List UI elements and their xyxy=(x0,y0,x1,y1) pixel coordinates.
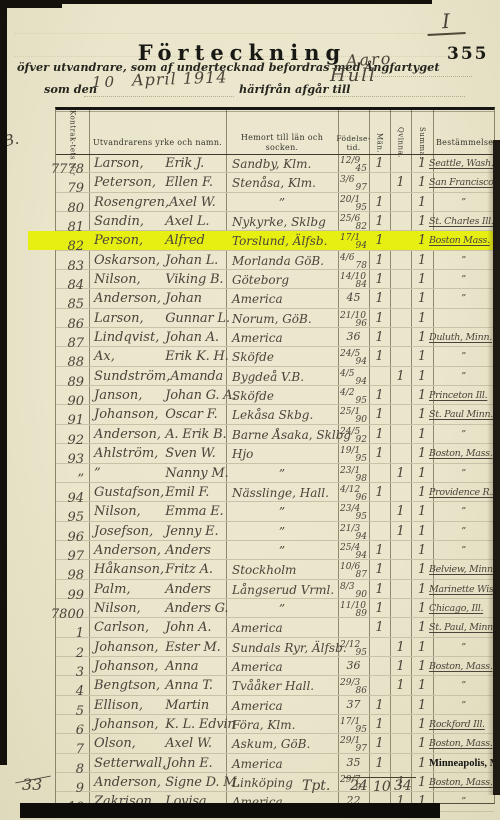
cell-sum: 1 xyxy=(411,502,433,522)
cell-men: 1 xyxy=(369,580,390,600)
cell-sum: 1 xyxy=(411,270,433,290)
cell-home-parish: Norum, GöB. xyxy=(226,309,338,329)
cell-name: Setterwall,John E. xyxy=(89,754,226,774)
cell-birth-date: 4/295 xyxy=(338,386,369,406)
cell-contract-number: 6 xyxy=(56,715,89,735)
table-row: 7 Olson,Axel W. Askum, GöB. 29/197 1 1 B… xyxy=(56,734,494,753)
cell-women xyxy=(390,154,411,174)
cell-birth-date: 23/198 xyxy=(338,464,369,484)
cell-men: 1 xyxy=(369,154,390,174)
cell-men: 1 xyxy=(369,405,390,425)
cell-birth-date: 25/190 xyxy=(338,405,369,425)
cell-sum: 1 xyxy=(411,251,433,271)
cell-birth-date: 24/592 xyxy=(338,425,369,445)
cell-men: 1 xyxy=(369,734,390,754)
cell-women: 1 xyxy=(390,676,411,696)
cell-name: Johanson,Oscar F. xyxy=(89,405,226,425)
cell-women xyxy=(390,251,411,271)
cell-destination: Seattle, Wash. xyxy=(433,154,494,174)
table-row: 95 Nilson,Emma E. ” 23/495 1 1 ” xyxy=(56,502,494,521)
cell-home-parish: ” xyxy=(226,464,338,484)
cell-destination: ” xyxy=(433,367,494,387)
cell-women xyxy=(390,715,411,735)
cell-contract-number: 7 xyxy=(56,734,89,754)
cell-destination: Rockford Ill. xyxy=(433,715,494,735)
cell-women xyxy=(390,618,411,638)
cell-women xyxy=(390,560,411,580)
cell-home-parish: America xyxy=(226,328,338,348)
cell-destination: ” xyxy=(433,425,494,445)
cell-contract-number: 97 xyxy=(56,541,89,561)
cell-contract-number: 87 xyxy=(56,328,89,348)
cell-name: Nilson,Viking B. xyxy=(89,270,226,290)
cell-birth-date: 4/1296 xyxy=(338,483,369,503)
cell-contract-number: 92 xyxy=(56,425,89,445)
table-row: 80 Rosengren,Axel W. ” 20/195 1 1 ” xyxy=(56,193,494,212)
cell-birth-date: 25/682 xyxy=(338,212,369,232)
cell-sum: 1 xyxy=(411,696,433,716)
cell-contract-number: 79 xyxy=(56,173,89,193)
cell-women xyxy=(390,425,411,445)
cell-men: 1 xyxy=(369,425,390,445)
cell-contract-number: 94 xyxy=(56,483,89,503)
cell-contract-number: 2 xyxy=(56,638,89,658)
cell-home-parish: Långserud Vrml. xyxy=(226,580,338,600)
cell-name: Bengtson,Anna T. xyxy=(89,676,226,696)
cell-home-parish: America xyxy=(226,657,338,677)
cell-birth-date: 17/194 xyxy=(338,231,369,251)
cell-men: 1 xyxy=(369,599,390,619)
cell-destination: ” xyxy=(433,251,494,271)
cell-name: Sundström,Amanda xyxy=(89,367,226,387)
cell-contract-number: 95 xyxy=(56,502,89,522)
cell-contract-number: 93 xyxy=(56,444,89,464)
table-row: 97 Anderson,Anders ” 25/494 1 1 ” xyxy=(56,541,494,560)
cell-men: 1 xyxy=(369,386,390,406)
cell-sum: 1 xyxy=(411,347,433,367)
table-header: Kontrak-tets N:r Utvandrarens yrke och n… xyxy=(56,110,494,155)
cell-destination xyxy=(433,309,494,329)
cell-men: 1 xyxy=(369,328,390,348)
cell-home-parish: ” xyxy=(226,599,338,619)
table-row: 98 Håkanson,Fritz A. Stockholm 10/687 1 … xyxy=(56,560,494,579)
totals-row: Tpt. 24 10 34 xyxy=(56,778,494,800)
cell-men xyxy=(369,367,390,387)
cell-women xyxy=(390,541,411,561)
cell-men: 1 xyxy=(369,541,390,561)
table-row: 1 Carlson,John A. America 1 1 St. Paul, … xyxy=(56,618,494,637)
cell-sum: 1 xyxy=(411,367,433,387)
cell-birth-date: 21/1096 xyxy=(338,309,369,329)
cell-contract-number: 83 xyxy=(56,251,89,271)
cell-men: 1 xyxy=(369,715,390,735)
cell-contract-number: 96 xyxy=(56,522,89,542)
cell-women: 1 xyxy=(390,522,411,542)
cell-name: Johanson,Ester M. xyxy=(89,638,226,658)
cell-women: 1 xyxy=(390,173,411,193)
cell-women xyxy=(390,580,411,600)
cell-home-parish: Torslund, Älfsb. xyxy=(226,231,338,251)
table-row: ” ”Nanny M. ” 23/198 1 1 ” xyxy=(56,464,494,483)
cell-contract-number: ” xyxy=(56,464,89,484)
table-row: 84 Nilson,Viking B. Göteborg 14/1084 1 1… xyxy=(56,270,494,289)
cell-contract-number: 91 xyxy=(56,405,89,425)
table-row: 88 Ax,Erik K. H. Sköfde 24/594 1 1 ” xyxy=(56,347,494,366)
cell-home-parish: Föra, Klm. xyxy=(226,715,338,735)
cell-name: Janson,Johan G. A. xyxy=(89,386,226,406)
cell-men xyxy=(369,657,390,677)
totals-men: 24 xyxy=(350,778,368,794)
cell-women xyxy=(390,289,411,309)
table-row: 82 Person,Alfred Torslund, Älfsb. 17/194… xyxy=(56,231,494,250)
totals-sum: 34 xyxy=(394,778,412,794)
totals-women: 10 xyxy=(373,779,391,795)
cell-destination: St. Paul Minn. xyxy=(433,405,494,425)
cell-men xyxy=(369,522,390,542)
cell-destination: Boston, Mass. xyxy=(433,734,494,754)
cell-home-parish: Stockholm xyxy=(226,560,338,580)
cell-name: Anderson,Anders xyxy=(89,541,226,561)
cell-contract-number: 5 xyxy=(56,696,89,716)
table-row: 85 Anderson,Johan America 45 1 1 ” xyxy=(56,289,494,308)
scan-edge-left xyxy=(0,3,7,765)
cell-birth-date: 21/394 xyxy=(338,522,369,542)
cell-contract-number: 7778 xyxy=(56,154,89,174)
cell-birth-date: 36 xyxy=(338,657,369,677)
cell-women xyxy=(390,483,411,503)
cell-name: Håkanson,Fritz A. xyxy=(89,560,226,580)
cell-name: Peterson,Ellen F. xyxy=(89,173,226,193)
table-row: 2 Johanson,Ester M. Sundals Ryr, Älfsb. … xyxy=(56,638,494,657)
cell-home-parish: America xyxy=(226,754,338,774)
cell-name: Nilson,Emma E. xyxy=(89,502,226,522)
cell-sum: 1 xyxy=(411,309,433,329)
departure-day: 10 xyxy=(92,73,117,91)
cell-contract-number: 99 xyxy=(56,580,89,600)
cell-destination: Princeton Ill. xyxy=(433,386,494,406)
cell-women xyxy=(390,444,411,464)
cell-home-parish: Lekåsa Skbg. xyxy=(226,405,338,425)
cell-home-parish: Sköfde xyxy=(226,386,338,406)
table-row: 93 Ahlström,Sven W. Hjo 19/195 1 1 Bosto… xyxy=(56,444,494,463)
cell-home-parish: ” xyxy=(226,502,338,522)
cell-women xyxy=(390,231,411,251)
cell-men: 1 xyxy=(369,212,390,232)
cell-destination: ” xyxy=(433,347,494,367)
cell-name: Lindqvist,Johan A. xyxy=(89,328,226,348)
table-body: 7778 Larson,Erik J. Sandby, Klm. 12/945 … xyxy=(56,154,494,812)
cell-name: Nilson,Anders G. xyxy=(89,599,226,619)
cell-sum: 1 xyxy=(411,289,433,309)
cell-men xyxy=(369,464,390,484)
cell-sum: 1 xyxy=(411,522,433,542)
cell-destination: ” xyxy=(433,193,494,213)
cell-birth-date: 20/195 xyxy=(338,193,369,213)
cell-contract-number: 84 xyxy=(56,270,89,290)
cell-destination: Boston, Mass. xyxy=(433,444,494,464)
cell-destination: Boston, Mass. xyxy=(433,657,494,677)
cell-home-parish: ” xyxy=(226,193,338,213)
cell-destination: ” xyxy=(433,638,494,658)
cell-home-parish: Morlanda GöB. xyxy=(226,251,338,271)
cell-women xyxy=(390,328,411,348)
cell-home-parish: America xyxy=(226,618,338,638)
cell-men: 1 xyxy=(369,231,390,251)
cell-birth-date: 17/195 xyxy=(338,715,369,735)
cell-home-parish: Stenåsa, Klm. xyxy=(226,173,338,193)
cell-name: Gustafson,Emil F. xyxy=(89,483,226,503)
cell-home-parish: Tvååker Hall. xyxy=(226,676,338,696)
cell-home-parish: Hjo xyxy=(226,444,338,464)
cell-birth-date: 23/495 xyxy=(338,502,369,522)
cell-women: 1 xyxy=(390,638,411,658)
cell-sum: 1 xyxy=(411,464,433,484)
table-row: 8 Setterwall,John E. America 35 1 1 Minn… xyxy=(56,754,494,773)
cell-name: Larson,Erik J. xyxy=(89,154,226,174)
cell-birth-date: 25/494 xyxy=(338,541,369,561)
table-row: 4 Bengtson,Anna T. Tvååker Hall. 29/386 … xyxy=(56,676,494,695)
cell-contract-number: 80 xyxy=(56,193,89,213)
cell-birth-date: 19/195 xyxy=(338,444,369,464)
cell-men: 1 xyxy=(369,347,390,367)
cell-contract-number: 8 xyxy=(56,754,89,774)
cell-birth-date: 10/687 xyxy=(338,560,369,580)
cell-men: 1 xyxy=(369,754,390,774)
scan-edge-top xyxy=(0,0,432,4)
table-row: 7778 Larson,Erik J. Sandby, Klm. 12/945 … xyxy=(56,154,494,173)
cell-destination: ” xyxy=(433,270,494,290)
cell-name: Anderson,A. Erik B. xyxy=(89,425,226,445)
cell-home-parish: Nässlinge, Hall. xyxy=(226,483,338,503)
table-row: 6 Johanson,K. L. Edvin Föra, Klm. 17/195… xyxy=(56,715,494,734)
cell-women: 1 xyxy=(390,367,411,387)
cell-women xyxy=(390,599,411,619)
cell-women: 1 xyxy=(390,502,411,522)
cell-home-parish: Göteborg xyxy=(226,270,338,290)
cell-men: 1 xyxy=(369,618,390,638)
cell-birth-date: 37 xyxy=(338,696,369,716)
cell-birth-date: 11/1089 xyxy=(338,599,369,619)
table-row: 83 Oskarson,Johan L. Morlanda GöB. 4/678… xyxy=(56,251,494,270)
cell-birth-date xyxy=(338,618,369,638)
cell-women: 1 xyxy=(390,657,411,677)
cell-contract-number: 7800 xyxy=(56,599,89,619)
cell-sum: 1 xyxy=(411,193,433,213)
cell-home-parish: ” xyxy=(226,522,338,542)
cell-women xyxy=(390,193,411,213)
cell-contract-number: 3 xyxy=(56,657,89,677)
cell-name: Sandin,Axel L. xyxy=(89,212,226,232)
cell-sum: 1 xyxy=(411,541,433,561)
cell-women xyxy=(390,734,411,754)
scan-edge-top-corner xyxy=(0,0,62,8)
cell-men: 1 xyxy=(369,251,390,271)
cell-home-parish: America xyxy=(226,696,338,716)
table-row: 86 Larson,Gunnar L. Norum, GöB. 21/1096 … xyxy=(56,309,494,328)
cell-sum: 1 xyxy=(411,676,433,696)
cell-destination: ” xyxy=(433,541,494,561)
footer-tally: 33 xyxy=(22,775,42,794)
cell-birth-date: 24/594 xyxy=(338,347,369,367)
cell-women xyxy=(390,212,411,232)
cell-birth-date: 4/594 xyxy=(338,367,369,387)
cell-name: ”Nanny M. xyxy=(89,464,226,484)
cell-birth-date: 4/678 xyxy=(338,251,369,271)
cell-home-parish: ” xyxy=(226,541,338,561)
cell-home-parish: Sandby, Klm. xyxy=(226,154,338,174)
cell-name: Johanson,Anna xyxy=(89,657,226,677)
cell-birth-date: 14/1084 xyxy=(338,270,369,290)
cell-name: Anderson,Johan xyxy=(89,289,226,309)
cell-women xyxy=(390,309,411,329)
destination-port: Hull xyxy=(330,65,377,86)
table-row: 3 Johanson,Anna America 36 1 1 Boston, M… xyxy=(56,657,494,676)
cell-home-parish: Barne Åsaka, Sklbg xyxy=(226,425,338,445)
departure-month-year: April 1914 xyxy=(132,67,228,89)
cell-home-parish: Bygdeå V.B. xyxy=(226,367,338,387)
cell-men xyxy=(369,676,390,696)
cell-home-parish: Sundals Ryr, Älfsb. xyxy=(226,638,338,658)
cell-birth-date: 35 xyxy=(338,754,369,774)
cell-birth-date: 12/945 xyxy=(338,154,369,174)
table-row: 94 Gustafson,Emil F. Nässlinge, Hall. 4/… xyxy=(56,483,494,502)
cell-name: Person,Alfred xyxy=(89,231,226,251)
cell-home-parish: Sköfde xyxy=(226,347,338,367)
cell-women xyxy=(390,696,411,716)
cell-name: Josefson,Jenny E. xyxy=(89,522,226,542)
cell-destination: ” xyxy=(433,289,494,309)
table-row: 89 Sundström,Amanda Bygdeå V.B. 4/594 1 … xyxy=(56,367,494,386)
cell-birth-date: 36 xyxy=(338,328,369,348)
table-row: 92 Anderson,A. Erik B. Barne Åsaka, Sklb… xyxy=(56,425,494,444)
cell-birth-date: 45 xyxy=(338,289,369,309)
cell-name: Ahlström,Sven W. xyxy=(89,444,226,464)
table-row: 81 Sandin,Axel L. Nykyrke, Sklbg 25/682 … xyxy=(56,212,494,231)
folio-mark: I xyxy=(426,8,465,36)
cell-contract-number: 86 xyxy=(56,309,89,329)
cell-destination: ” xyxy=(433,676,494,696)
cell-name: Oskarson,Johan L. xyxy=(89,251,226,271)
cell-destination: ” xyxy=(433,502,494,522)
cell-home-parish: America xyxy=(226,289,338,309)
cell-birth-date: 2/1295 xyxy=(338,638,369,658)
table-row: 90 Janson,Johan G. A. Sköfde 4/295 1 1 P… xyxy=(56,386,494,405)
cell-women xyxy=(390,386,411,406)
cell-destination: ” xyxy=(433,696,494,716)
cell-women xyxy=(390,754,411,774)
cell-men: 1 xyxy=(369,270,390,290)
cell-contract-number: 89 xyxy=(56,367,89,387)
scan-edge-right xyxy=(493,140,500,795)
passenger-table: Kontrak-tets N:r Utvandrarens yrke och n… xyxy=(55,107,495,804)
cell-men: 1 xyxy=(369,289,390,309)
cell-contract-number: 90 xyxy=(56,386,89,406)
cell-name: Larson,Gunnar L. xyxy=(89,309,226,329)
table-row: 87 Lindqvist,Johan A. America 36 1 1 Dul… xyxy=(56,328,494,347)
cell-men: 1 xyxy=(369,193,390,213)
cell-destination: St. Charles Ill. xyxy=(433,212,494,232)
cell-women xyxy=(390,347,411,367)
table-row: 99 Palm,Anders Långserud Vrml. 8/390 1 1… xyxy=(56,580,494,599)
cell-men: 1 xyxy=(369,696,390,716)
totals-label: Tpt. xyxy=(302,778,330,794)
table-row: 7800 Nilson,Anders G. ” 11/1089 1 1 Chic… xyxy=(56,599,494,618)
cell-destination: ” xyxy=(433,522,494,542)
cell-contract-number: 98 xyxy=(56,560,89,580)
cell-sum: 1 xyxy=(411,425,433,445)
cell-home-parish: Nykyrke, Sklbg xyxy=(226,212,338,232)
cell-women xyxy=(390,405,411,425)
scan-edge-bottom xyxy=(20,803,440,818)
cell-women xyxy=(390,270,411,290)
cell-contract-number: 1 xyxy=(56,618,89,638)
cell-sum: 1 xyxy=(411,638,433,658)
cell-destination: Duluth, Minn. xyxy=(433,328,494,348)
cell-contract-number: 88 xyxy=(56,347,89,367)
cell-men xyxy=(369,173,390,193)
ruled-line xyxy=(14,33,474,34)
cell-birth-date: 29/197 xyxy=(338,734,369,754)
cell-women: 1 xyxy=(390,464,411,484)
cell-home-parish: Askum, GöB. xyxy=(226,734,338,754)
cell-men xyxy=(369,502,390,522)
table-row: 79 Peterson,Ellen F. Stenåsa, Klm. 3/697… xyxy=(56,173,494,192)
cell-birth-date: 8/390 xyxy=(338,580,369,600)
cell-destination: Chicago, Ill. xyxy=(433,599,494,619)
cell-name: Johanson,K. L. Edvin xyxy=(89,715,226,735)
table-row: 96 Josefson,Jenny E. ” 21/394 1 1 ” xyxy=(56,522,494,541)
cell-men: 1 xyxy=(369,444,390,464)
scanned-ledger-page: I 355 Förteckning öfver utvandrare, som … xyxy=(0,0,500,820)
cell-contract-number: 4 xyxy=(56,676,89,696)
cell-men: 1 xyxy=(369,560,390,580)
cell-birth-date: 3/697 xyxy=(338,173,369,193)
cell-name: Rosengren,Axel W. xyxy=(89,193,226,213)
cell-contract-number: 81 xyxy=(56,212,89,232)
cell-destination: ” xyxy=(433,464,494,484)
cell-contract-number: 82 xyxy=(56,231,89,251)
cell-name: Carlson,John A. xyxy=(89,618,226,638)
cell-destination: Boston Mass. xyxy=(433,231,494,251)
cell-contract-number: 85 xyxy=(56,289,89,309)
cell-birth-date: 29/386 xyxy=(338,676,369,696)
cell-men: 1 xyxy=(369,483,390,503)
cell-name: Ellison,Martin xyxy=(89,696,226,716)
cell-men xyxy=(369,638,390,658)
cell-name: Palm,Anders xyxy=(89,580,226,600)
table-row: 5 Ellison,Martin America 37 1 1 ” xyxy=(56,696,494,715)
table-row: 91 Johanson,Oscar F. Lekåsa Skbg. 25/190… xyxy=(56,405,494,424)
cell-name: Olson,Axel W. xyxy=(89,734,226,754)
cell-name: Ax,Erik K. H. xyxy=(89,347,226,367)
cell-men: 1 xyxy=(369,309,390,329)
